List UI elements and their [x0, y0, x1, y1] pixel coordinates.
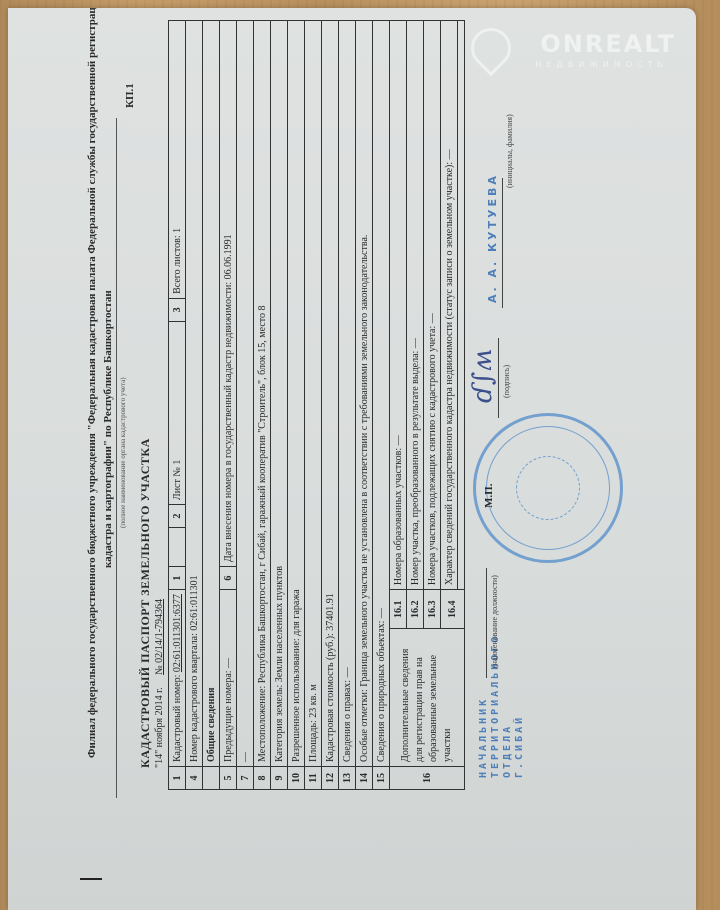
- rotated-page: Филиал федерального государственного бюд…: [8, 8, 696, 908]
- total-sheets: Всего листов: 1: [169, 21, 186, 299]
- table-row: Общие сведения: [203, 21, 220, 790]
- org-name-line-1: Филиал федерального государственного бюд…: [86, 8, 98, 758]
- org-caption: (полное наименование органа кадастрового…: [119, 377, 127, 528]
- signature-line: [498, 338, 499, 418]
- section-heading: Общие сведения: [203, 21, 220, 767]
- document-paper: ONREALT НЕДВИЖИМОСТЬ Филиал федерального…: [8, 8, 696, 910]
- table-row: 12 Кадастровая стоимость (руб.): 37401.9…: [322, 21, 339, 790]
- document-date-line: "14" ноября 2014 г. № 02/14/1-794364: [154, 599, 165, 768]
- table-row: 4 Номер кадастрового квартала: 02:61:011…: [186, 21, 203, 790]
- seal-mark: М.П.: [483, 484, 495, 508]
- signature: ɗ∫ʍ: [468, 349, 498, 403]
- name-stamp: А. А. КУТУЕВА: [486, 173, 499, 303]
- table-row: 10 Разрешенное использование: для гаража: [288, 21, 305, 790]
- passport-table: 1 Кадастровый номер: 02:61:011301:6377 1…: [168, 20, 465, 790]
- table-row: 13 Сведения о правах: —: [339, 21, 356, 790]
- name-line: [502, 178, 503, 308]
- signature-caption: (подпись): [502, 365, 511, 398]
- table-row: 1 Кадастровый номер: 02:61:011301:6377 1…: [169, 21, 186, 790]
- sheet-number: Лист № 1: [169, 321, 186, 504]
- table-row: 9 Категория земель: Земли населенных пун…: [271, 21, 288, 790]
- row-cell: Кадастровый номер: 02:61:011301:6377: [169, 590, 186, 767]
- org-underline: [116, 118, 117, 798]
- position-stamp: НАЧАЛЬНИК ТЕРРИТОРИАЛЬНОГО ОТДЕЛА Г.СИБА…: [478, 688, 526, 778]
- table-row: 8 Местоположение: Республика Башкортоста…: [254, 21, 271, 790]
- table-row: 7 —: [237, 21, 254, 790]
- document-title: КАДАСТРОВЫЙ ПАСПОРТ ЗЕМЕЛЬНОГО УЧАСТКА: [138, 438, 153, 768]
- row-number: 1: [169, 767, 186, 790]
- document-date: "14" ноября 2014 г.: [154, 687, 165, 768]
- table-row: 15 Сведения о природных объектах: —: [373, 21, 390, 790]
- position-caption: (наименование должности): [490, 575, 499, 668]
- table-row: 16 Дополнительные сведения для регистрац…: [390, 21, 407, 790]
- emblem-icon: [516, 456, 580, 520]
- form-code: КП.1: [124, 83, 136, 108]
- document-number: № 02/14/1-794364: [154, 599, 165, 675]
- table-row: 14 Особые отметки: Граница земельного уч…: [356, 21, 373, 790]
- org-name-line-2: кадастра и картографии" по Республике Ба…: [102, 290, 114, 568]
- table-row: 5 Предыдущие номера: — 6 Дата внесения н…: [220, 21, 237, 790]
- official-seal: [473, 413, 623, 563]
- row16-label: Дополнительные сведения для регистрации …: [390, 629, 465, 767]
- position-line: [486, 568, 487, 678]
- name-caption: (инициалы, фамилия): [505, 114, 514, 188]
- table-row: 11 Площадь: 23 кв. м: [305, 21, 322, 790]
